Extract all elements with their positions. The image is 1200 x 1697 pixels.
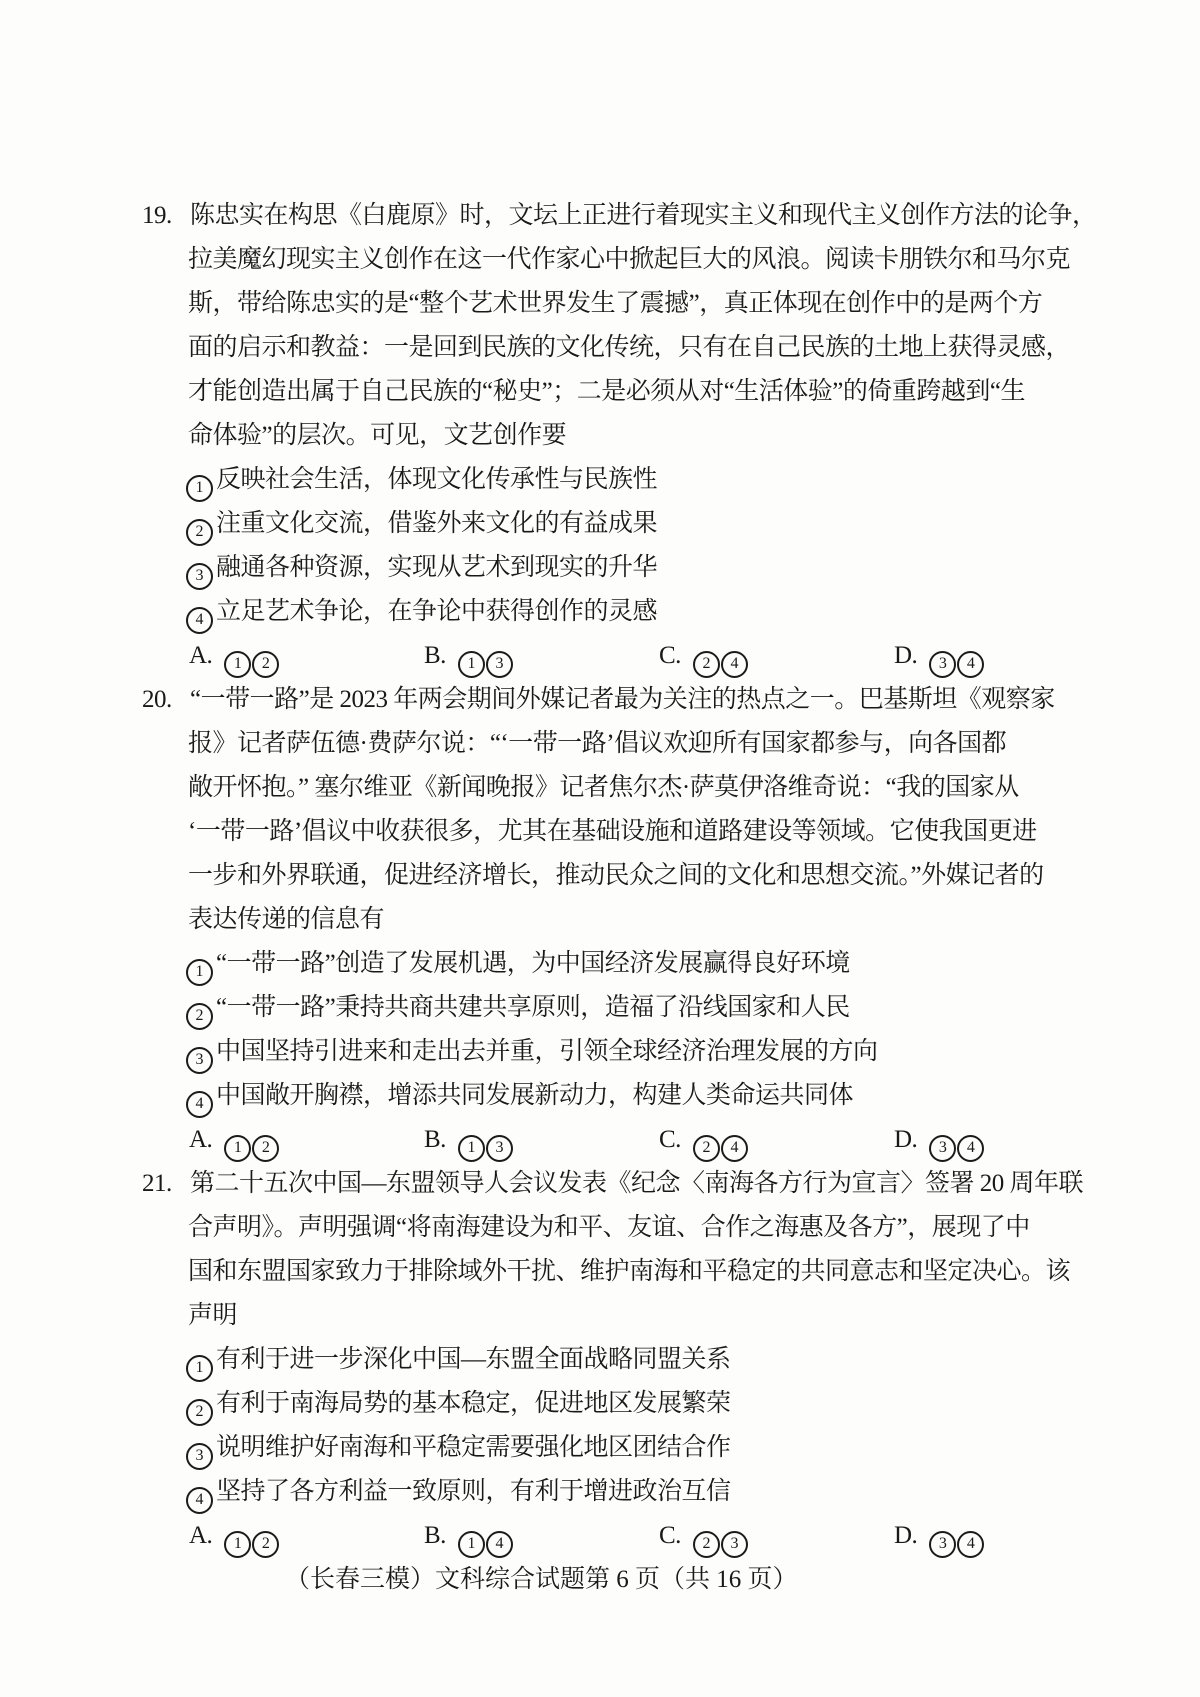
option-line: 1“一带一路”创造了发展机遇，为中国经济发展赢得良好环境 (0, 942, 1200, 986)
choice-d: D.34 (894, 1514, 985, 1558)
option-text: 融通各种资源，实现从艺术到现实的升华 (216, 554, 657, 581)
circled-number-icon: 2 (186, 519, 213, 546)
question-number: 20. (142, 678, 172, 722)
question-19: 19. 陈忠实在构思《白鹿原》时，文坛上正进行着现实主义和现代主义创作方法的论争… (0, 194, 1200, 678)
option-line: 4立足艺术争论，在争论中获得创作的灵感 (0, 590, 1200, 634)
circled-number-icon: 4 (486, 1531, 513, 1558)
circled-number-icon: 1 (224, 1531, 251, 1558)
choice-a: A.12 (189, 1514, 280, 1558)
question-text: “一带一路”是 2023 年两会期间外媒记者最为关注的热点之一。巴基斯坦《观察家 (190, 686, 1055, 713)
question-line: 合声明》。声明强调“将南海建设为和平、友谊、合作之海惠及各方”，展现了中 (0, 1206, 1200, 1250)
circled-number-icon: 4 (721, 1135, 748, 1162)
circled-number-icon: 4 (186, 1091, 213, 1118)
question-text: 第二十五次中国—东盟领导人会议发表《纪念〈南海各方行为宣言〉签署 20 周年联 (190, 1170, 1083, 1197)
option-line: 2“一带一路”秉持共商共建共享原则，造福了沿线国家和人民 (0, 986, 1200, 1030)
choice-label: A. (189, 1126, 212, 1153)
circled-number-icon: 2 (693, 1135, 720, 1162)
circled-number-icon: 3 (486, 651, 513, 678)
question-21: 21. 第二十五次中国—东盟领导人会议发表《纪念〈南海各方行为宣言〉签署 20 … (0, 1162, 1200, 1558)
question-line: 敞开怀抱。” 塞尔维亚《新闻晚报》记者焦尔杰·萨莫伊洛维奇说：“我的国家从 (0, 766, 1200, 810)
question-line: 声明 (0, 1294, 1200, 1338)
choice-a: A.12 (189, 634, 280, 678)
circled-number-icon: 4 (721, 651, 748, 678)
question-line: 报》记者萨伍德·费萨尔说：“‘一带一路’倡议欢迎所有国家都参与，向各国都 (0, 722, 1200, 766)
answer-choices-row: A.12 B.14 C.23 D.34 (0, 1514, 1200, 1558)
choice-c: C.24 (659, 634, 749, 678)
question-line: 才能创造出属于自己民族的“秘史”；二是必须从对“生活体验”的倚重跨越到“生 (0, 370, 1200, 414)
circled-number-icon: 1 (186, 475, 213, 502)
choice-label: D. (894, 642, 917, 669)
question-line: 一步和外界联通，促进经济增长，推动民众之间的文化和思想交流。”外媒记者的 (0, 854, 1200, 898)
choice-label: A. (189, 1522, 212, 1549)
choice-b: B.13 (424, 1118, 514, 1162)
question-line: 国和东盟国家致力于排除域外干扰、维护南海和平稳定的共同意志和坚定决心。该 (0, 1250, 1200, 1294)
option-line: 4坚持了各方利益一致原则，有利于增进政治互信 (0, 1470, 1200, 1514)
circled-number-icon: 3 (721, 1531, 748, 1558)
question-line: 表达传递的信息有 (0, 898, 1200, 942)
answer-choices-row: A.12 B.13 C.24 D.34 (0, 634, 1200, 678)
circled-number-icon: 3 (929, 1135, 956, 1162)
question-line: ‘一带一路’倡议中收获很多，尤其在基础设施和道路建设等领域。它使我国更进 (0, 810, 1200, 854)
option-text: 说明维护好南海和平稳定需要强化地区团结合作 (216, 1434, 731, 1461)
circled-number-icon: 1 (458, 1531, 485, 1558)
choice-label: C. (659, 642, 681, 669)
circled-number-icon: 1 (186, 959, 213, 986)
question-text: 陈忠实在构思《白鹿原》时，文坛上正进行着现实主义和现代主义创作方法的论争， (190, 202, 1097, 229)
circled-number-icon: 1 (224, 651, 251, 678)
circled-number-icon: 3 (929, 1531, 956, 1558)
circled-number-icon: 1 (224, 1135, 251, 1162)
choice-label: A. (189, 642, 212, 669)
choice-b: B.13 (424, 634, 514, 678)
option-text: 有利于南海局势的基本稳定，促进地区发展繁荣 (216, 1390, 731, 1417)
question-20: 20. “一带一路”是 2023 年两会期间外媒记者最为关注的热点之一。巴基斯坦… (0, 678, 1200, 1162)
question-line: 斯，带给陈忠实的是“整个艺术世界发生了震撼”，真正体现在创作中的是两个方 (0, 282, 1200, 326)
circled-number-icon: 3 (186, 563, 213, 590)
question-line: 命体验”的层次。可见，文艺创作要 (0, 414, 1200, 458)
choice-d: D.34 (894, 634, 985, 678)
option-line: 1反映社会生活，体现文化传承性与民族性 (0, 458, 1200, 502)
circled-number-icon: 4 (957, 1531, 984, 1558)
circled-number-icon: 2 (186, 1399, 213, 1426)
option-line: 3说明维护好南海和平稳定需要强化地区团结合作 (0, 1426, 1200, 1470)
option-line: 3中国坚持引进来和走出去并重，引领全球经济治理发展的方向 (0, 1030, 1200, 1074)
choice-label: D. (894, 1126, 917, 1153)
choice-c: C.23 (659, 1514, 749, 1558)
option-text: “一带一路”创造了发展机遇，为中国经济发展赢得良好环境 (216, 950, 850, 977)
choice-label: C. (659, 1126, 681, 1153)
choice-label: B. (424, 642, 446, 669)
circled-number-icon: 2 (186, 1003, 213, 1030)
circled-number-icon: 4 (186, 607, 213, 634)
circled-number-icon: 2 (693, 651, 720, 678)
option-line: 2有利于南海局势的基本稳定，促进地区发展繁荣 (0, 1382, 1200, 1426)
option-line: 1有利于进一步深化中国—东盟全面战略同盟关系 (0, 1338, 1200, 1382)
choice-a: A.12 (189, 1118, 280, 1162)
circled-number-icon: 2 (252, 651, 279, 678)
question-line: 面的启示和教益：一是回到民族的文化传统，只有在自己民族的土地上获得灵感， (0, 326, 1200, 370)
circled-number-icon: 3 (186, 1443, 213, 1470)
circled-number-icon: 1 (458, 651, 485, 678)
question-number: 21. (142, 1162, 172, 1206)
circled-number-icon: 4 (957, 651, 984, 678)
option-text: 中国坚持引进来和走出去并重，引领全球经济治理发展的方向 (216, 1038, 878, 1065)
choice-d: D.34 (894, 1118, 985, 1162)
question-number: 19. (142, 194, 172, 238)
option-line: 2注重文化交流，借鉴外来文化的有益成果 (0, 502, 1200, 546)
circled-number-icon: 3 (486, 1135, 513, 1162)
circled-number-icon: 4 (186, 1487, 213, 1514)
choice-label: B. (424, 1126, 446, 1153)
exam-page-content: 19. 陈忠实在构思《白鹿原》时，文坛上正进行着现实主义和现代主义创作方法的论争… (0, 194, 1200, 1602)
circled-number-icon: 1 (186, 1355, 213, 1382)
question-line: 20. “一带一路”是 2023 年两会期间外媒记者最为关注的热点之一。巴基斯坦… (0, 678, 1200, 722)
option-text: 坚持了各方利益一致原则，有利于增进政治互信 (216, 1478, 731, 1505)
circled-number-icon: 2 (252, 1135, 279, 1162)
choice-b: B.14 (424, 1514, 514, 1558)
circled-number-icon: 4 (957, 1135, 984, 1162)
page-footer: （长春三模）文科综合试题第 6 页（共 16 页） (0, 1558, 1200, 1602)
circled-number-icon: 3 (186, 1047, 213, 1074)
option-text: 中国敞开胸襟，增添共同发展新动力，构建人类命运共同体 (216, 1082, 853, 1109)
choice-label: C. (659, 1522, 681, 1549)
choice-label: D. (894, 1522, 917, 1549)
option-text: 反映社会生活，体现文化传承性与民族性 (216, 466, 657, 493)
option-text: 注重文化交流，借鉴外来文化的有益成果 (216, 510, 657, 537)
circled-number-icon: 3 (929, 651, 956, 678)
question-line: 21. 第二十五次中国—东盟领导人会议发表《纪念〈南海各方行为宣言〉签署 20 … (0, 1162, 1200, 1206)
option-text: “一带一路”秉持共商共建共享原则，造福了沿线国家和人民 (216, 994, 850, 1021)
circled-number-icon: 2 (252, 1531, 279, 1558)
option-line: 4中国敞开胸襟，增添共同发展新动力，构建人类命运共同体 (0, 1074, 1200, 1118)
circled-number-icon: 1 (458, 1135, 485, 1162)
option-line: 3融通各种资源，实现从艺术到现实的升华 (0, 546, 1200, 590)
choice-c: C.24 (659, 1118, 749, 1162)
circled-number-icon: 2 (693, 1531, 720, 1558)
option-text: 有利于进一步深化中国—东盟全面战略同盟关系 (216, 1346, 731, 1373)
answer-choices-row: A.12 B.13 C.24 D.34 (0, 1118, 1200, 1162)
question-line: 19. 陈忠实在构思《白鹿原》时，文坛上正进行着现实主义和现代主义创作方法的论争… (0, 194, 1200, 238)
option-text: 立足艺术争论，在争论中获得创作的灵感 (216, 598, 657, 625)
question-line: 拉美魔幻现实主义创作在这一代作家心中掀起巨大的风浪。阅读卡朋铁尔和马尔克 (0, 238, 1200, 282)
choice-label: B. (424, 1522, 446, 1549)
